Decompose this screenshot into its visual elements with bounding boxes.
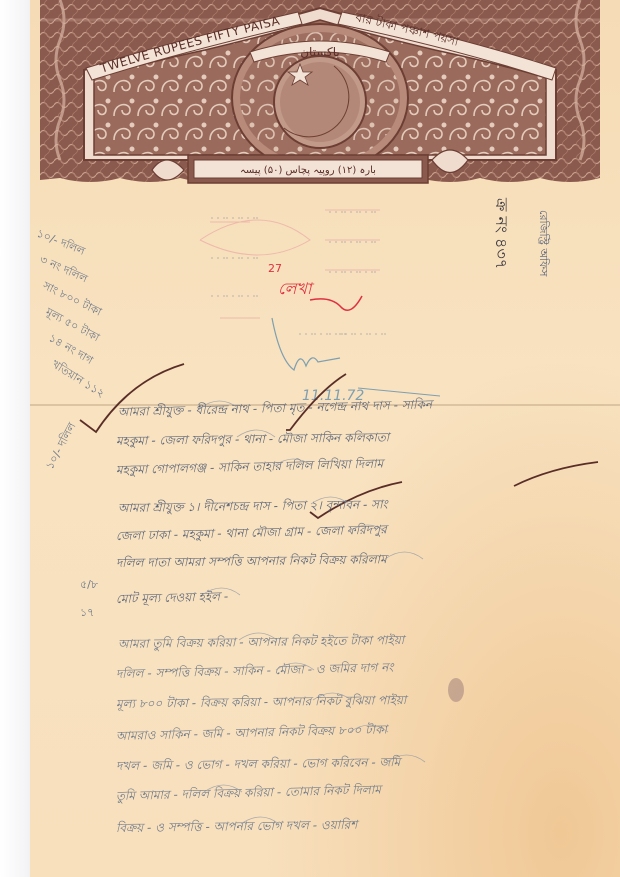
vertical-registration-number: ক্র নং ৪৩৭	[492, 197, 511, 269]
deed-text-line: জেলা ঢাকা - মহকুমা - থানা মৌজা গ্রাম - জ…	[116, 521, 390, 543]
deed-text-line: বিক্রয় - ও সম্পত্তি - আপনার ভোগ দখল - ও…	[116, 817, 360, 835]
vertical-office-note: রেজিস্ট্রি অফিস	[537, 210, 550, 277]
deed-text-line: মহকুমা গোপালগঞ্জ - সাকিন তাহার দলিল লিখি…	[116, 455, 386, 477]
deed-text-line: আমরা শ্রীযুক্ত ১। দীনেশচন্দ্র দাস - পিতা…	[118, 496, 390, 515]
faint-office-stamp	[200, 210, 380, 318]
margin-date: ৫/৮	[80, 578, 98, 591]
ink-smudge	[448, 678, 464, 702]
deed-text-line: আমরা শ্রীযুক্ত - ধীরেন্দ্র নাথ - পিতা মৃ…	[118, 396, 435, 419]
deed-text-line: দখল - জমি - ও ভোগ - দখল করিয়া - ভোগ করি…	[116, 754, 403, 773]
deed-body-text: আমরা শ্রীযুক্ত - ধীরেন্দ্র নাথ - পিতা মৃ…	[116, 396, 435, 835]
dotted-registration-stamp	[211, 211, 386, 335]
margin-dates: ৫/৮১৭	[80, 578, 98, 619]
deed-text-line: দলিল - সম্পত্তি বিক্রয় - সাকিন - মৌজা -…	[116, 659, 396, 681]
signature-stroke	[272, 318, 340, 370]
red-mark-text: লেখা	[278, 279, 315, 298]
deed-text-line: মহকুমা - জেলা ফরিদপুর - থানা - মৌজা সাকি…	[116, 429, 392, 448]
margin-note: খতিয়ান ১১২	[49, 358, 107, 401]
deed-text-line: মোট মূল্য দেওয়া হইল -	[116, 588, 229, 606]
deed-text-line: তুমি আমার - দলিল বিক্রয় করিয়া - তোমার …	[116, 781, 384, 804]
red-mark-number: 27	[268, 262, 282, 275]
deed-text-line: মূল্য ৮০০ টাকা - বিক্রয় করিয়া - আপনার …	[116, 692, 409, 712]
handwriting-layer: 27 লেখা 11.11.72 ক্র নং ৪৩৭ রেজিস্ট্রি অ…	[0, 0, 620, 877]
margin-note: ১০/- দলিল	[43, 420, 79, 472]
margin-date: ১৭	[80, 606, 94, 619]
deed-text-line: আমরাও সাকিন - জমি - আপনার নিকট বিক্রয় ৮…	[116, 721, 390, 743]
deed-text-line: দলিল দাতা আমরা সম্পত্তি আপনার নিকট বিক্র…	[116, 551, 389, 570]
deed-text-line: আমরা তুমি বিক্রয় করিয়া - আপনার নিকট হই…	[118, 632, 407, 652]
left-margin-notes: ১০/- দলিল৩ নং দলিলসাং ৮০০ টাকামূল্য ৫০ ট…	[35, 227, 107, 472]
